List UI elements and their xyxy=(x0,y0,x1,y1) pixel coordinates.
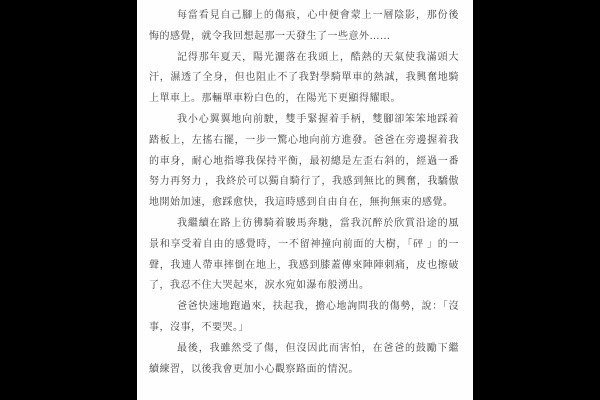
letterbox-right xyxy=(473,0,600,400)
essay-paragraph-5: 爸爸快速地跑過來，扶起我，擔心地詢問我的傷勢，說：「沒事，沒事，不要哭。」 xyxy=(149,297,459,339)
document-page: 每當看見自己腳上的傷痕，心中便會蒙上一層陰影，那份後悔的感覺，就令我回想起那一天… xyxy=(137,0,473,400)
screenshot-root: 每當看見自己腳上的傷痕，心中便會蒙上一層陰影，那份後悔的感覺，就令我回想起那一天… xyxy=(0,0,600,400)
letterbox-left xyxy=(0,0,137,400)
essay-paragraph-3: 我小心翼翼地向前駛，雙手緊握着手柄，雙腳卻笨笨地踩着踏板上，左搖右擺，一步一驚心… xyxy=(149,110,459,214)
essay-paragraph-6: 最後，我雖然受了傷，但沒因此而害怕，在爸爸的鼓勵下繼續練習，以後我會更加小心觀察… xyxy=(149,339,459,381)
essay-paragraph-2: 記得那年夏天，陽光灑落在我頭上，酷熱的天氣使我滿頭大汗，濕透了全身，但也阻止不了… xyxy=(149,48,459,110)
essay-paragraph-1: 每當看見自己腳上的傷痕，心中便會蒙上一層陰影，那份後悔的感覺，就令我回想起那一天… xyxy=(149,6,459,48)
essay-paragraph-4: 我繼續在路上彷彿騎着駿馬奔馳，當我沉醉於欣賞沿途的風景和享受着自由的感覺時，一不… xyxy=(149,214,459,297)
